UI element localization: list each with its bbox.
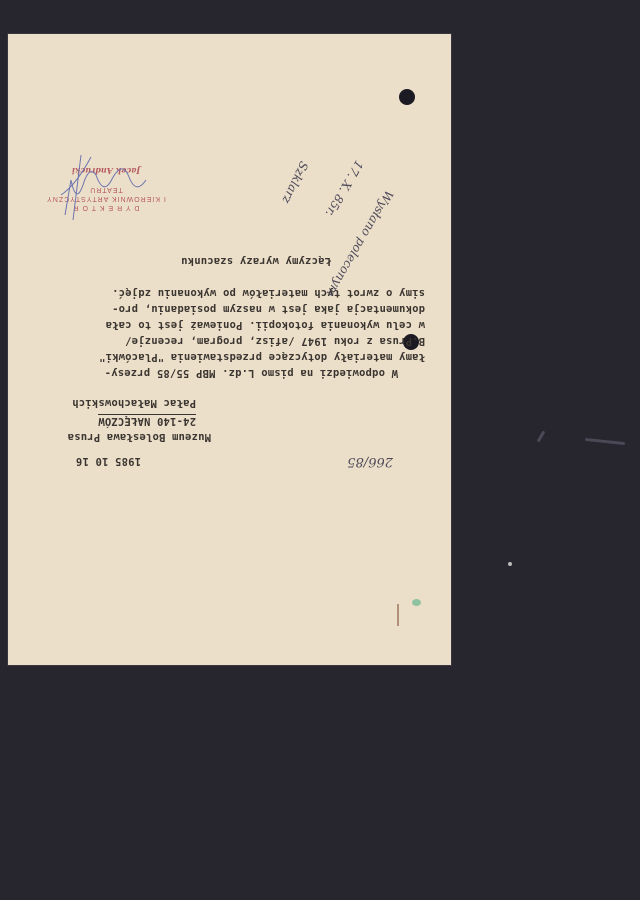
reference-number: 266/85 bbox=[347, 454, 393, 469]
handwritten-signature: Szklarz bbox=[279, 159, 311, 206]
scanned-letter: 266/85 1985 10 16 Muzeum Bolesława Prusa… bbox=[8, 34, 451, 665]
body-line: łamy materiały dotyczące przedstawienia … bbox=[99, 351, 425, 363]
body-line: simy o zwrot tych materiałów po wykonani… bbox=[112, 287, 425, 299]
background-speck bbox=[508, 562, 512, 566]
closing-line: Łączymy wyrazy szacunku bbox=[181, 255, 331, 267]
background-scratch bbox=[585, 438, 625, 445]
body-line: w celu wykonania fotokopii. Ponieważ jes… bbox=[105, 319, 425, 331]
rotated-content: 266/85 1985 10 16 Muzeum Bolesława Prusa… bbox=[8, 34, 451, 665]
director-signature bbox=[51, 145, 151, 225]
body-line: W odpowiedzi na pismo L.dz. MBP 55/85 pr… bbox=[105, 367, 398, 379]
handwritten-note-line-2: 17. X. 85r. bbox=[323, 158, 366, 219]
body-line: B.Prusa z roku 1947 /afisz, program, rec… bbox=[125, 335, 425, 347]
letter-date: 1985 10 16 bbox=[76, 455, 141, 467]
recipient-line-1: Muzeum Bolesława Prusa bbox=[68, 431, 211, 443]
recipient-line-2: 24-140 NAŁĘCZÓW bbox=[98, 414, 196, 427]
recipient-line-3: Pałac Małachowskich bbox=[72, 397, 196, 409]
body-line: dokumentacja jaka jest w naszym posiadan… bbox=[112, 303, 425, 315]
background-scratch bbox=[537, 431, 546, 443]
